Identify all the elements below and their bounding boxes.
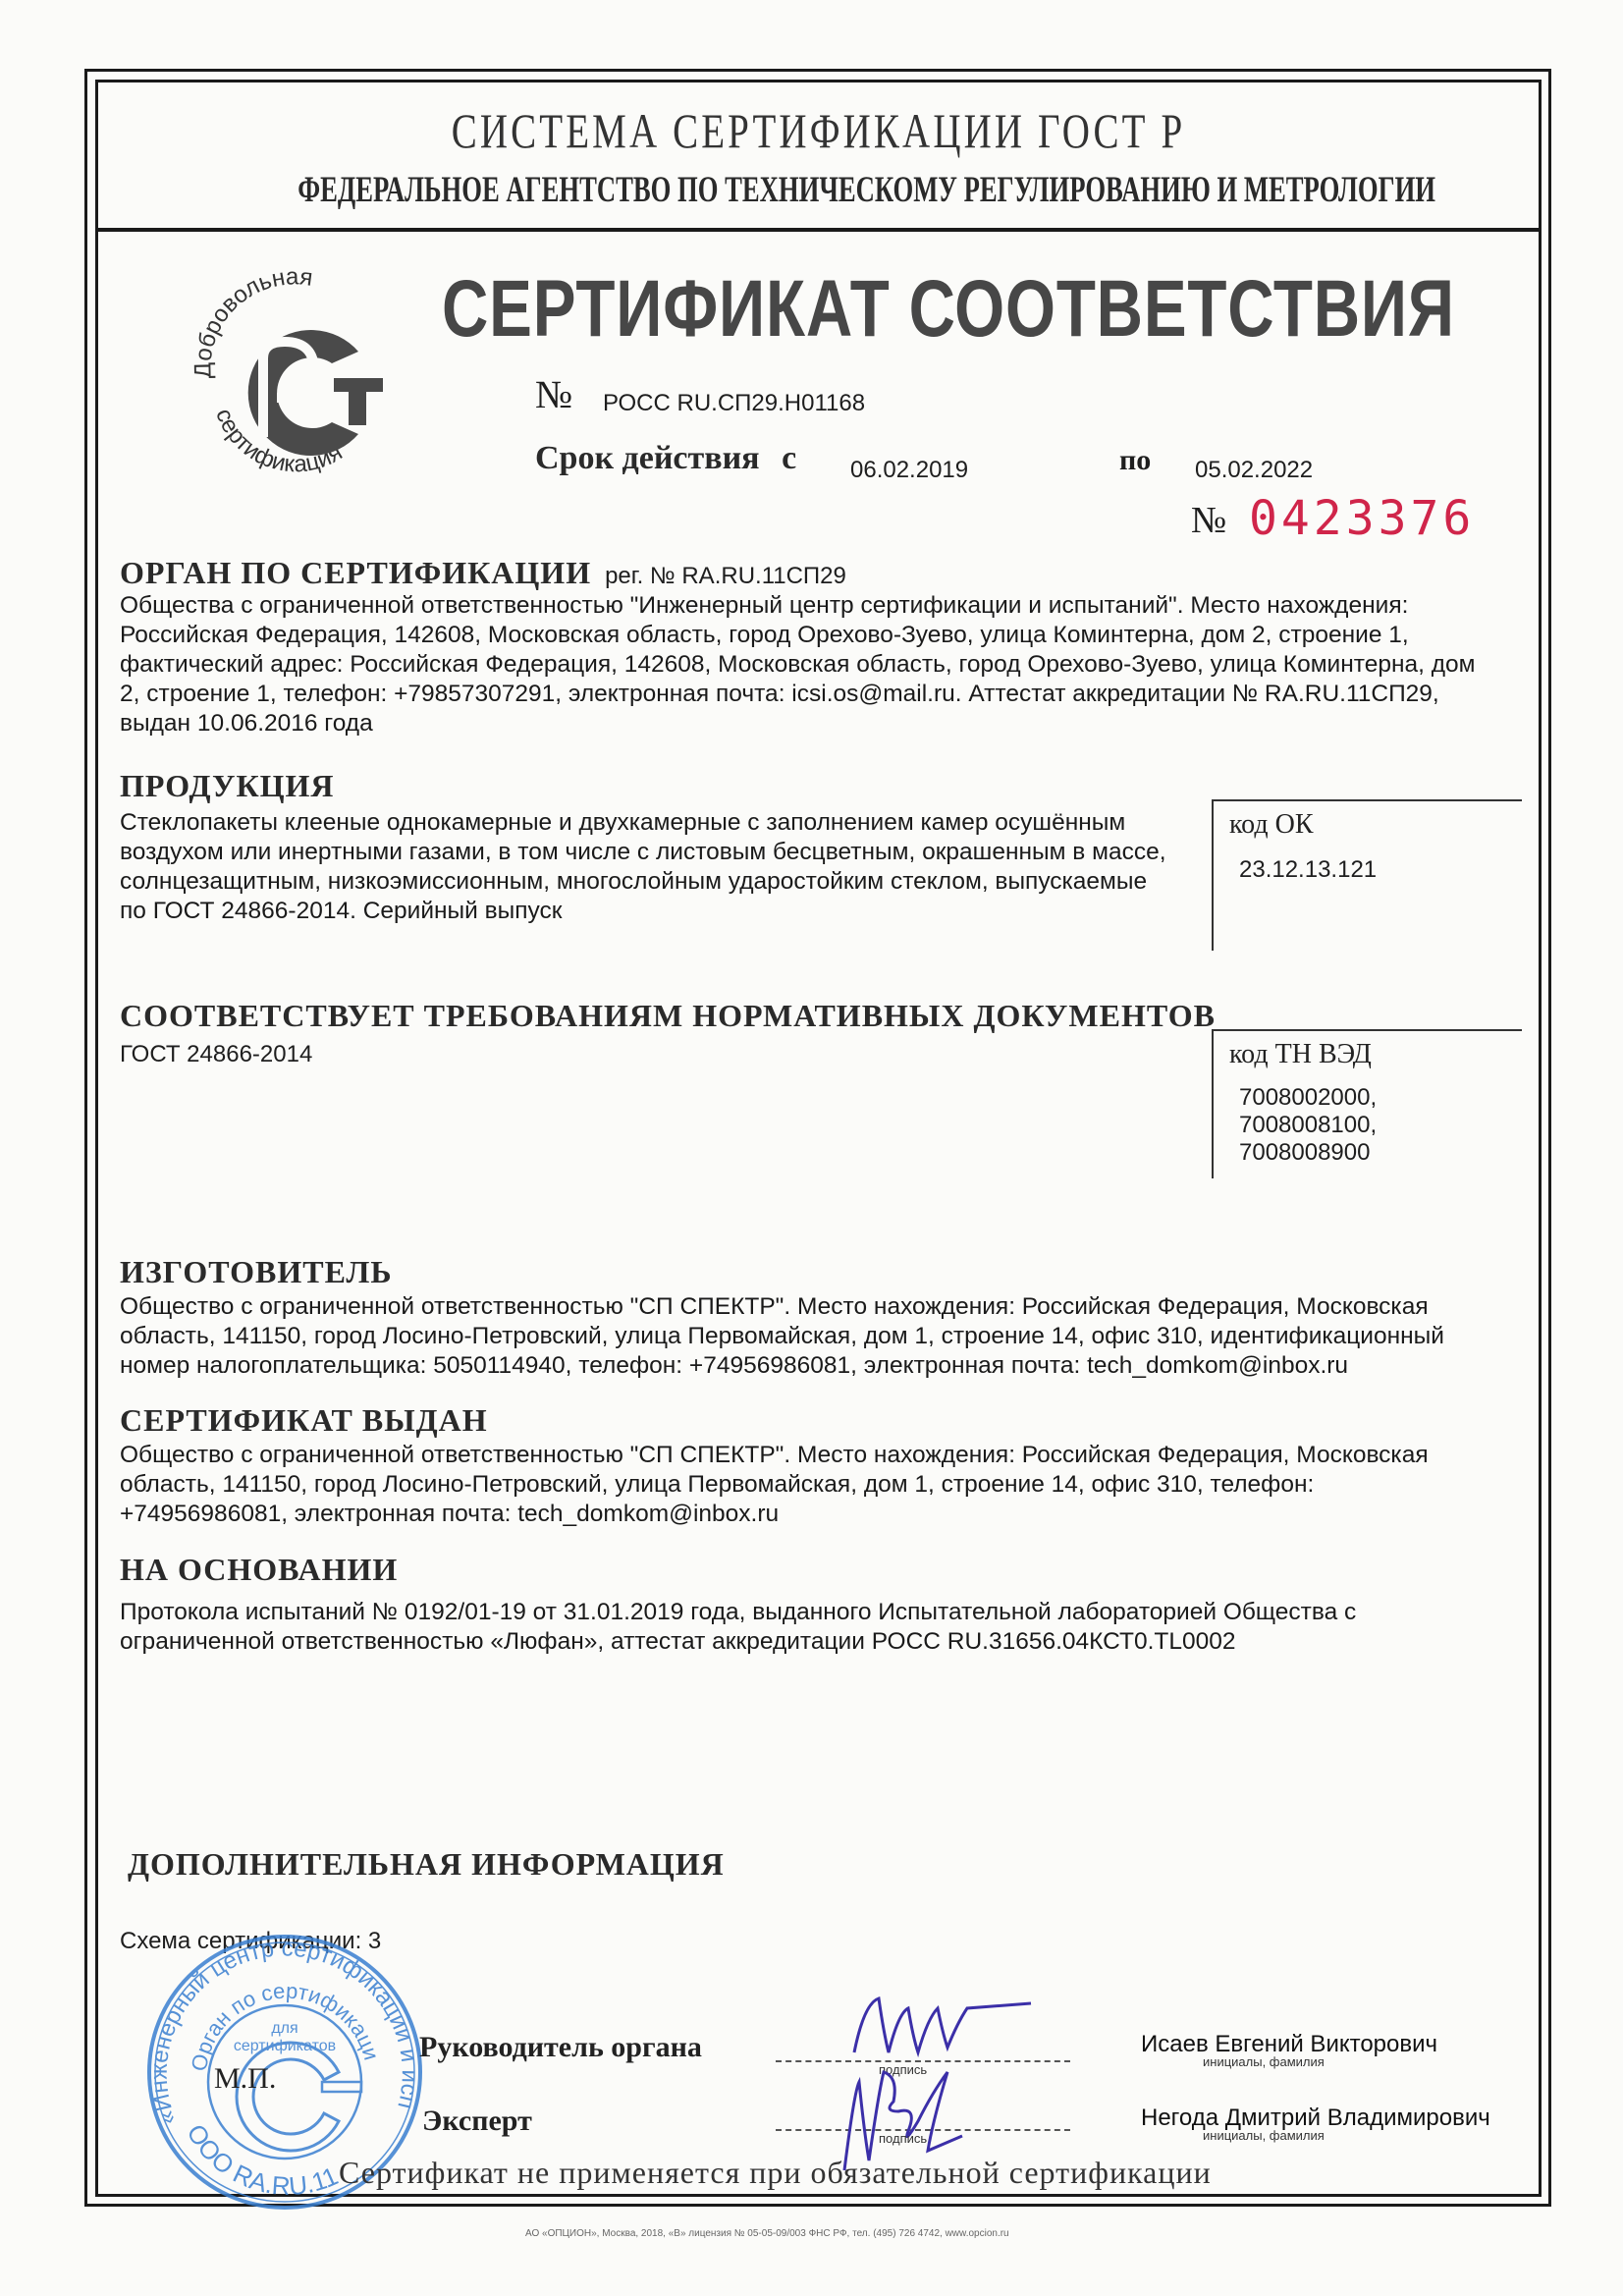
text-line: Общества с ограниченной ответственностью… bbox=[120, 591, 1534, 621]
head-signature bbox=[844, 1984, 1041, 2062]
valid-from: 06.02.2019 bbox=[850, 457, 968, 484]
certificate-number: РОСС RU.СП29.Н01168 bbox=[603, 390, 865, 417]
blank-number: 0423376 bbox=[1249, 491, 1475, 546]
validity-text: Срок действия bbox=[535, 440, 760, 476]
header-divider bbox=[95, 228, 1542, 232]
tnved-code: 7008008900 bbox=[1239, 1139, 1522, 1167]
text-line: Общество с ограниченной ответственностью… bbox=[120, 1441, 1534, 1470]
issued-to-text: Общество с ограниченной ответственностью… bbox=[120, 1441, 1534, 1529]
text-line: область, 141150, город Лосино-Петровский… bbox=[120, 1470, 1534, 1500]
text-line: Общество с ограниченной ответственностью… bbox=[120, 1292, 1534, 1322]
to-label: по bbox=[1119, 444, 1151, 477]
tnved-code-box: код ТН ВЭД 7008002000, 7008008100, 70080… bbox=[1212, 1029, 1522, 1178]
rst-logo: Добровольная сертификация bbox=[187, 265, 403, 491]
issued-to-heading: СЕРТИФИКАТ ВЫДАН bbox=[120, 1402, 1534, 1439]
ok-code-label: код ОК bbox=[1229, 809, 1522, 841]
signature-icon bbox=[844, 1984, 1041, 2062]
text-line: солнцезащитным, низкоэмиссионным, многос… bbox=[120, 867, 1210, 897]
compliance-document: ГОСТ 24866-2014 bbox=[120, 1041, 312, 1068]
ok-code-value: 23.12.13.121 bbox=[1239, 856, 1522, 884]
compliance-heading: СООТВЕТСТВУЕТ ТРЕБОВАНИЯМ НОРМАТИВНЫХ ДО… bbox=[120, 998, 1216, 1034]
text-line: номер налогоплательщика: 5050114940, тел… bbox=[120, 1351, 1534, 1381]
print-info: АО «ОПЦИОН», Москва, 2018, «В» лицензия … bbox=[525, 2228, 1009, 2239]
text-line: выдан 10.06.2016 года bbox=[120, 709, 1534, 738]
head-label: Руководитель органа bbox=[419, 2031, 702, 2064]
certification-body-heading: ОРГАН ПО СЕРТИФИКАЦИИ bbox=[120, 555, 591, 590]
certification-body-text: Общества с ограниченной ответственностью… bbox=[120, 591, 1534, 738]
text-line: ограниченной ответственностью «Люфан», а… bbox=[120, 1627, 1534, 1657]
blank-number-sign: № bbox=[1191, 499, 1226, 542]
tnved-code: 7008002000, bbox=[1239, 1084, 1522, 1112]
footer-note: Сертификат не применяется при обязательн… bbox=[339, 2155, 1212, 2191]
text-line: +74956986081, электронная почта: tech_do… bbox=[120, 1500, 1534, 1529]
text-line: Российская Федерация, 142608, Московская… bbox=[120, 621, 1534, 650]
certificate-title: СЕРТИФИКАТ СООТВЕТСТВИЯ bbox=[442, 263, 1455, 355]
manufacturer-heading: ИЗГОТОВИТЕЛЬ bbox=[120, 1254, 1534, 1290]
head-name-caption: инициалы, фамилия bbox=[1203, 2054, 1325, 2069]
product-section: ПРОДУКЦИЯ Стеклопакеты клееные однокамер… bbox=[120, 768, 1210, 926]
system-title: СИСТЕМА СЕРТИФИКАЦИИ ГОСТ Р bbox=[254, 102, 1382, 159]
rst-mark-icon: Добровольная сертификация bbox=[187, 265, 403, 491]
product-heading: ПРОДУКЦИЯ bbox=[120, 768, 1210, 804]
text-line: по ГОСТ 24866-2014. Серийный выпуск bbox=[120, 897, 1210, 926]
certification-body-section: ОРГАН ПО СЕРТИФИКАЦИИ рег. № RA.RU.11СП2… bbox=[120, 555, 1534, 738]
expert-signature-caption: подпись bbox=[879, 2131, 927, 2146]
number-sign: № bbox=[535, 371, 572, 417]
basis-text: Протокола испытаний № 0192/01-19 от 31.0… bbox=[120, 1598, 1534, 1657]
product-text: Стеклопакеты клееные однокамерные и двух… bbox=[120, 808, 1210, 926]
mp-label: М.П. bbox=[214, 2062, 276, 2096]
text-line: область, 141150, город Лосино-Петровский… bbox=[120, 1322, 1534, 1351]
compliance-section: СООТВЕТСТВУЕТ ТРЕБОВАНИЯМ НОРМАТИВНЫХ ДО… bbox=[120, 998, 1216, 1034]
expert-label: Эксперт bbox=[422, 2105, 532, 2138]
text-line: Протокола испытаний № 0192/01-19 от 31.0… bbox=[120, 1598, 1534, 1627]
from-label: с bbox=[782, 440, 796, 476]
svg-text:для: для bbox=[271, 2020, 298, 2037]
text-line: фактический адрес: Российская Федерация,… bbox=[120, 650, 1534, 680]
expert-name-caption: инициалы, фамилия bbox=[1203, 2128, 1325, 2143]
issued-to-section: СЕРТИФИКАТ ВЫДАН Общество с ограниченной… bbox=[120, 1402, 1534, 1529]
basis-heading: НА ОСНОВАНИИ bbox=[120, 1552, 1534, 1588]
validity-label: Срок действия с bbox=[535, 440, 796, 477]
additional-heading: ДОПОЛНИТЕЛЬНАЯ ИНФОРМАЦИЯ bbox=[128, 1846, 725, 1883]
manufacturer-text: Общество с ограниченной ответственностью… bbox=[120, 1292, 1534, 1381]
ok-code-box: код ОК 23.12.13.121 bbox=[1212, 799, 1522, 951]
text-line: Стеклопакеты клееные однокамерные и двух… bbox=[120, 808, 1210, 838]
valid-to: 05.02.2022 bbox=[1195, 457, 1313, 484]
text-line: воздухом или инертными газами, в том чис… bbox=[120, 838, 1210, 867]
tnved-code-label: код ТН ВЭД bbox=[1229, 1039, 1522, 1070]
agency-title: ФЕДЕРАЛЬНОЕ АГЕНТСТВО ПО ТЕХНИЧЕСКОМУ РЕ… bbox=[298, 169, 1339, 211]
manufacturer-section: ИЗГОТОВИТЕЛЬ Общество с ограниченной отв… bbox=[120, 1254, 1534, 1381]
tnved-code: 7008008100, bbox=[1239, 1112, 1522, 1139]
text-line: 2, строение 1, телефон: +79857307291, эл… bbox=[120, 680, 1534, 709]
certification-body-reg: рег. № RA.RU.11СП29 bbox=[605, 563, 846, 589]
basis-section: НА ОСНОВАНИИ Протокола испытаний № 0192/… bbox=[120, 1552, 1534, 1657]
tnved-code-list: 7008002000, 7008008100, 7008008900 bbox=[1239, 1084, 1522, 1167]
